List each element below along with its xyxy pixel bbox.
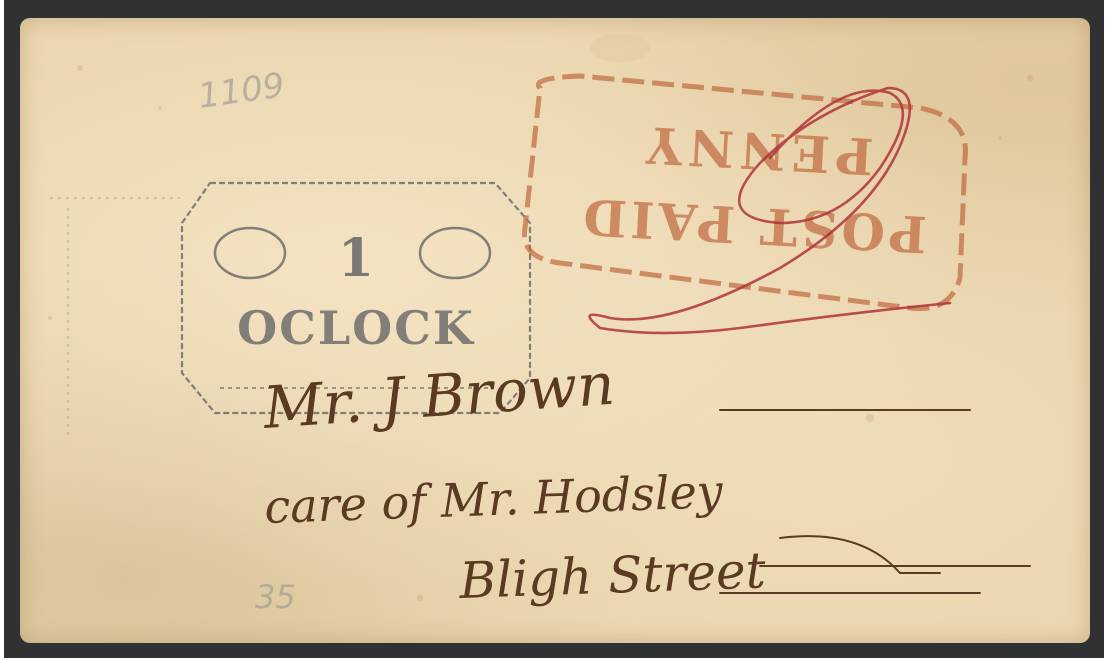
left-edge-marks	[50, 198, 180, 438]
red-stamp-line2: PENNY	[639, 115, 875, 186]
address-line-1: Mr. J Brown	[260, 350, 616, 442]
red-paid-stamp: POST PAID PENNY	[524, 76, 965, 309]
envelope: 1109 1 OCLOCK POST PAID PENNY	[20, 18, 1090, 643]
pencil-note-top: 1109	[196, 65, 287, 117]
pencil-note-bottom: 35	[255, 578, 296, 616]
address-block: Mr. J Brown care of Mr. Hodsley Bligh St…	[260, 350, 767, 610]
address-flourishes	[720, 410, 1030, 593]
red-stamp-line1: POST PAID	[578, 187, 928, 264]
time-stamp-text: OCLOCK	[237, 301, 475, 355]
time-stamp-number: 1	[338, 228, 374, 289]
address-line-2: care of Mr. Hodsley	[263, 464, 724, 534]
envelope-artwork: 1109 1 OCLOCK POST PAID PENNY	[20, 18, 1090, 643]
address-line-3: Bligh Street	[457, 541, 767, 610]
